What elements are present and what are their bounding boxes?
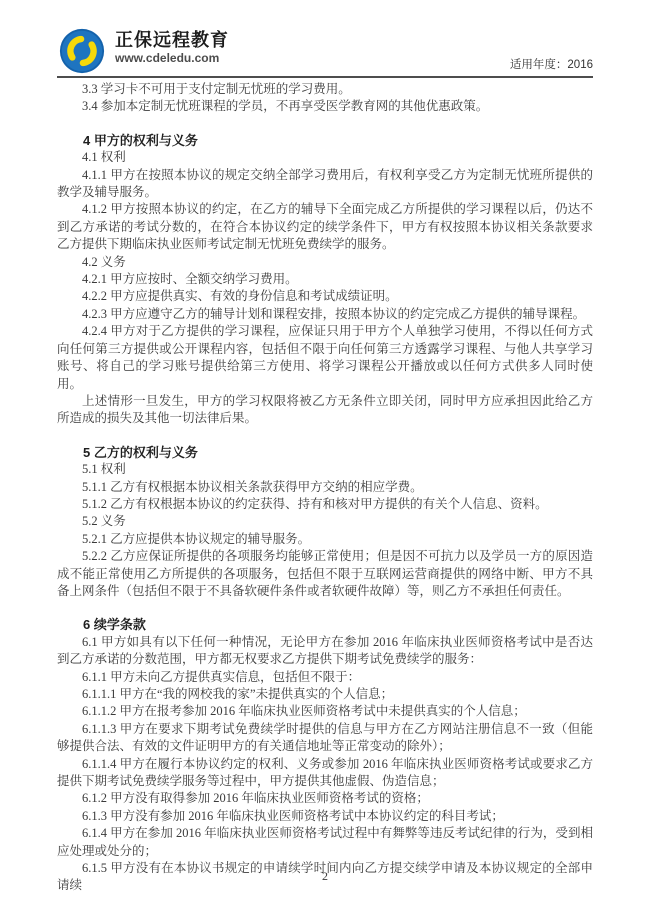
clause-4-2-3: 4.2.3 甲方应遵守乙方的辅导计划和课程安排，按照本协议的约定完成乙方提供的辅… — [57, 306, 593, 323]
brand-name: 正保远程教育 — [115, 29, 229, 51]
clause-5-2-2: 5.2.2 乙方应保证所提供的各项服务均能够正常使用；但是因不可抗力以及学员一方… — [57, 548, 593, 600]
document-body: 3.3 学习卡不可用于支付定制无忧班的学习费用。 3.4 参加本定制无忧班课程的… — [57, 81, 593, 895]
clause-5-1-2: 5.1.2 乙方有权根据本协议的约定获得、持有和核对甲方提供的有关个人信息、资料… — [57, 496, 593, 513]
clause-5-2-1: 5.2.1 乙方应提供本协议规定的辅导服务。 — [57, 531, 593, 548]
clause-3-4: 3.4 参加本定制无忧班课程的学员，不再享受医学教育网的其他优惠政策。 — [57, 98, 593, 115]
clause-5-1-1: 5.1.1 乙方有权根据本协议相关条款获得甲方交纳的相应学费。 — [57, 479, 593, 496]
brand-logo-icon — [59, 28, 105, 74]
clause-6-1-3: 6.1.3 甲方没有参加 2016 年临床执业医师资格考试中本协议约定的科目考试… — [57, 808, 593, 825]
header-divider — [57, 76, 593, 78]
clause-3-3: 3.3 学习卡不可用于支付定制无忧班的学习费用。 — [57, 81, 593, 98]
clause-6-1-1-3: 6.1.1.3 甲方在要求下期考试免费续学时提供的信息与甲方在乙方网站注册信息不… — [57, 721, 593, 756]
clause-4-1: 4.1 权利 — [57, 149, 593, 166]
applicable-year-label: 适用年度：2016 — [510, 56, 593, 72]
page-header: 正保远程教育 www.cdeledu.com 适用年度：2016 — [57, 26, 593, 74]
section-4-heading: 4 甲方的权利与义务 — [57, 132, 593, 149]
clause-4-1-1: 4.1.1 甲方在按照本协议的规定交纳全部学习费用后，有权利享受乙方为定制无忧班… — [57, 167, 593, 202]
clause-5-1: 5.1 权利 — [57, 461, 593, 478]
page-number: 2 — [0, 869, 650, 884]
brand-url: www.cdeledu.com — [115, 51, 229, 66]
clause-4-2-4-note: 上述情形一旦发生，甲方的学习权限将被乙方无条件立即关闭，同时甲方应承担因此给乙方… — [57, 393, 593, 428]
section-5-heading: 5 乙方的权利与义务 — [57, 444, 593, 461]
clause-4-2: 4.2 义务 — [57, 254, 593, 271]
clause-6-1-1-4: 6.1.1.4 甲方在履行本协议约定的权利、义务或参加 2016 年临床执业医师… — [57, 756, 593, 791]
clause-6-1-1: 6.1.1 甲方未向乙方提供真实信息，包括但不限于： — [57, 669, 593, 686]
contract-page: 正保远程教育 www.cdeledu.com 适用年度：2016 3.3 学习卡… — [0, 0, 650, 919]
section-6-heading: 6 续学条款 — [57, 616, 593, 633]
clause-4-2-1: 4.2.1 甲方应按时、全额交纳学习费用。 — [57, 271, 593, 288]
clause-6-1-4: 6.1.4 甲方在参加 2016 年临床执业医师资格考试过程中有舞弊等违反考试纪… — [57, 825, 593, 860]
clause-6-1: 6.1 甲方如具有以下任何一种情况，无论甲方在参加 2016 年临床执业医师资格… — [57, 634, 593, 669]
clause-6-1-2: 6.1.2 甲方没有取得参加 2016 年临床执业医师资格考试的资格； — [57, 790, 593, 807]
clause-4-2-2: 4.2.2 甲方应提供真实、有效的身份信息和考试成绩证明。 — [57, 288, 593, 305]
clause-5-2: 5.2 义务 — [57, 513, 593, 530]
clause-6-1-1-1: 6.1.1.1 甲方在“我的网校我的家”未提供真实的个人信息； — [57, 686, 593, 703]
brand-block: 正保远程教育 www.cdeledu.com — [115, 29, 229, 66]
clause-4-2-4: 4.2.4 甲方对于乙方提供的学习课程，应保证只用于甲方个人单独学习使用，不得以… — [57, 323, 593, 393]
clause-6-1-1-2: 6.1.1.2 甲方在报考参加 2016 年临床执业医师资格考试中未提供真实的个… — [57, 703, 593, 720]
clause-4-1-2: 4.1.2 甲方按照本协议的约定，在乙方的辅导下全面完成乙方所提供的学习课程以后… — [57, 201, 593, 253]
